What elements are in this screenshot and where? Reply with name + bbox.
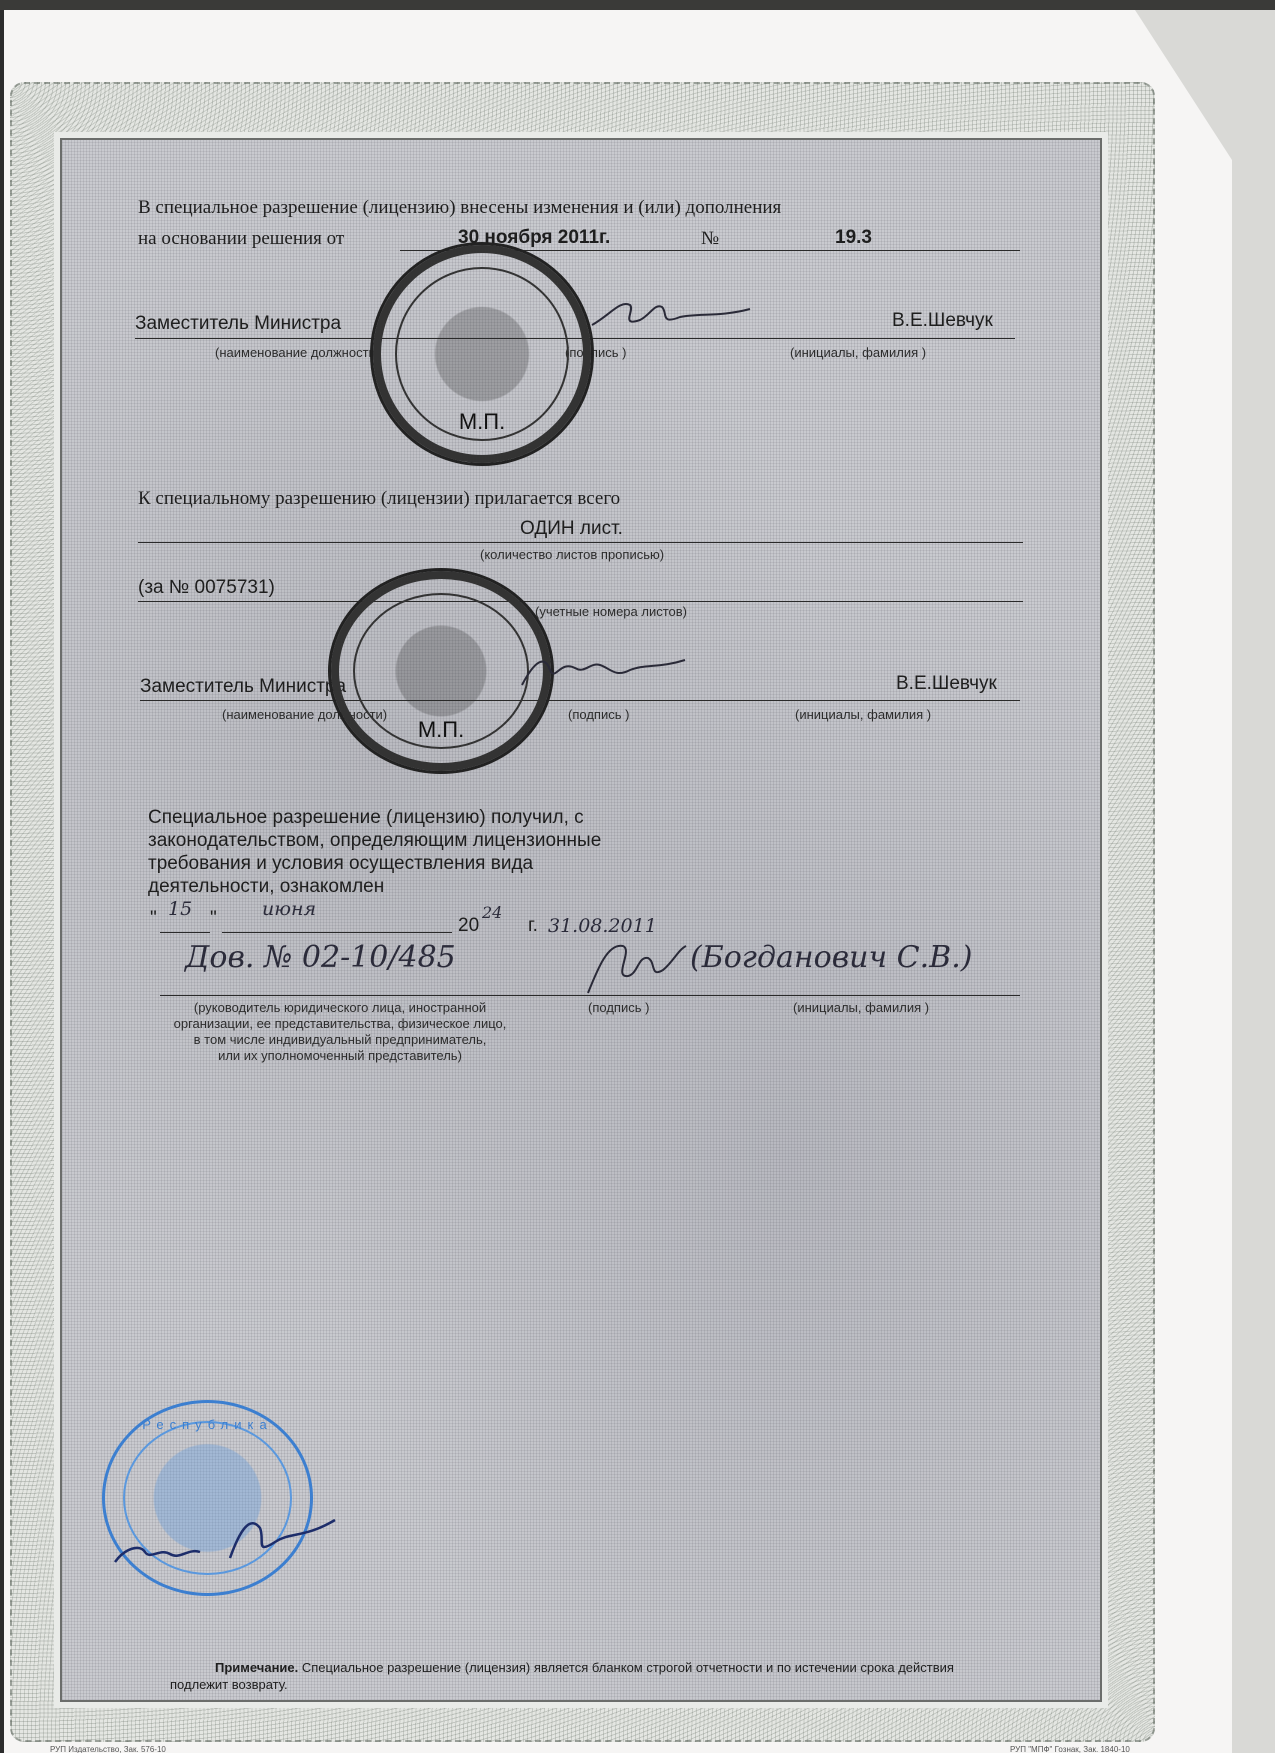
imprint-left: РУП Издательство, Зак. 576-10 bbox=[50, 1745, 166, 1753]
document-page: В специальное разрешение (лицензию) внес… bbox=[0, 10, 1232, 1753]
caption-signature-3: (подпись ) bbox=[588, 1000, 649, 1015]
month-underline bbox=[222, 932, 452, 933]
sheets-count-underline bbox=[138, 542, 1023, 543]
day-underline bbox=[160, 932, 210, 933]
signer-name: В.Е.Шевчук bbox=[892, 310, 993, 332]
signer-name-2: В.Е.Шевчук bbox=[896, 673, 997, 695]
year-letter: г. bbox=[528, 915, 538, 937]
decision-number: 19.3 bbox=[835, 227, 872, 249]
sheet-numbers-underline bbox=[138, 601, 1023, 602]
caption-name-3: (инициалы, фамилия ) bbox=[793, 1000, 929, 1015]
caption-position: (наименование должности) bbox=[215, 345, 380, 360]
scan-top-edge bbox=[0, 0, 1275, 10]
amendment-intro-line2: на основании решения от bbox=[138, 228, 344, 250]
holder-signature bbox=[578, 938, 688, 998]
caption-sheet-numbers: (учетные номера листов) bbox=[535, 604, 687, 619]
imprint-right: РУП "МПФ" Гознак, Зак. 1840-10 bbox=[1010, 1745, 1130, 1753]
signer-position: Заместитель Министра bbox=[135, 313, 341, 335]
signer-underline-2 bbox=[140, 700, 1020, 701]
year-prefix: 20 bbox=[458, 915, 479, 937]
seal-mp-label-2: М.П. bbox=[331, 717, 551, 743]
attachment-intro: К специальному разрешению (лицензии) при… bbox=[138, 488, 620, 510]
handwritten-day: 15 bbox=[168, 898, 192, 920]
seal-mp-label: М.П. bbox=[373, 409, 591, 435]
caption-holder: (руководитель юридического лица, иностра… bbox=[160, 1000, 520, 1064]
official-seal-1: М.П. bbox=[370, 242, 594, 466]
caption-name-2: (инициалы, фамилия ) bbox=[795, 707, 931, 722]
signer-position-2: Заместитель Министра bbox=[140, 676, 346, 698]
blue-stamp-text: Республика bbox=[105, 1417, 310, 1432]
receipt-paragraph: Специальное разрешение (лицензию) получи… bbox=[148, 806, 601, 898]
caption-name: (инициалы, фамилия ) bbox=[790, 345, 926, 360]
amendment-intro-line1: В специальное разрешение (лицензию) внес… bbox=[138, 197, 781, 219]
number-sign: № bbox=[701, 228, 719, 250]
holder-underline bbox=[160, 995, 1020, 996]
signature-2 bbox=[520, 650, 690, 695]
sheets-count: ОДИН лист. bbox=[520, 518, 623, 540]
note-line1: Примечание. Специальное разрешение (лице… bbox=[215, 1660, 954, 1675]
handwritten-power-of-attorney: Дов. № 02-10/485 bbox=[185, 940, 456, 975]
handwritten-holder-name: (Богданович С.В.) bbox=[690, 940, 972, 975]
blue-stamp-signature bbox=[110, 1510, 350, 1570]
handwritten-date-note: 31.08.2011 bbox=[548, 915, 657, 937]
caption-signature-2: (подпись ) bbox=[568, 707, 629, 722]
note-label: Примечание. bbox=[215, 1660, 298, 1675]
scan-left-edge bbox=[0, 10, 4, 1753]
handwritten-month: июня bbox=[262, 898, 316, 920]
signature-1 bbox=[590, 295, 760, 335]
note-line2: подлежит возврату. bbox=[170, 1677, 288, 1692]
caption-sheets-count: (количество листов прописью) bbox=[480, 547, 664, 562]
sheet-numbers: (за № 0075731) bbox=[138, 577, 275, 599]
handwritten-year: 24 bbox=[482, 903, 502, 922]
